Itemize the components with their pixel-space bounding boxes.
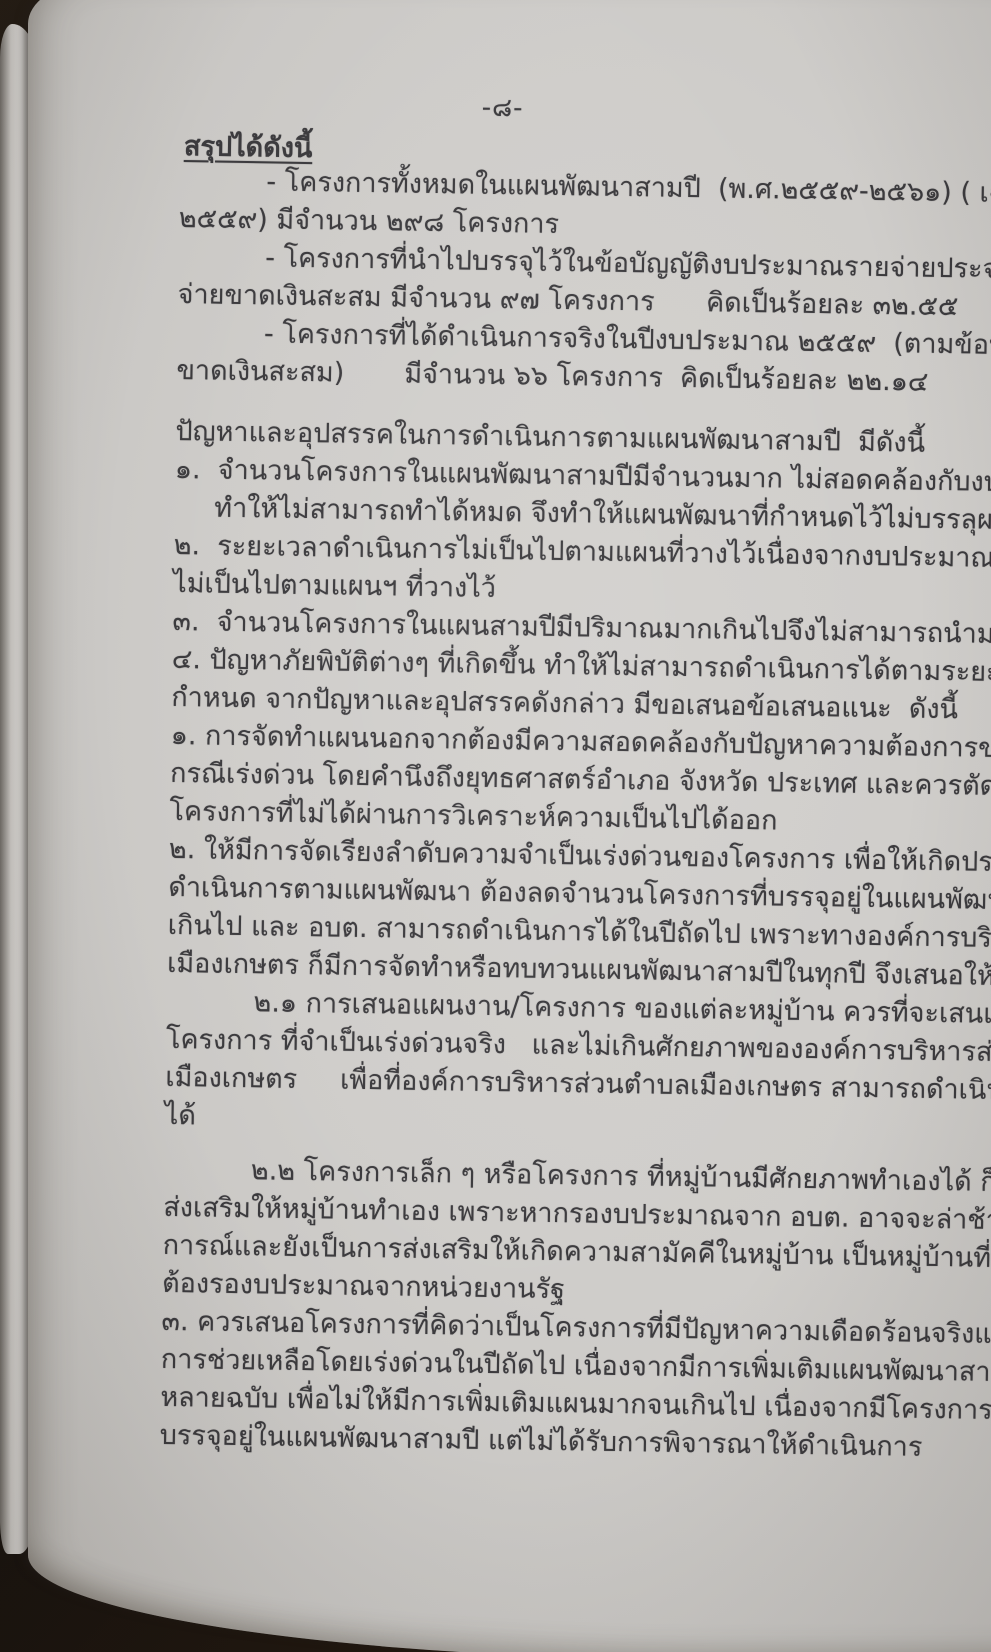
- document-page: -๘- สรุปได้ดังนี้ - โครงการทั้งหมดในแผนพ…: [28, 0, 991, 1652]
- document-photo: -๘- สรุปได้ดังนี้ - โครงการทั้งหมดในแผนพ…: [0, 0, 991, 1652]
- page-content: -๘- สรุปได้ดังนี้ - โครงการทั้งหมดในแผนพ…: [181, 82, 943, 94]
- document-text: - โครงการทั้งหมดในแผนพัฒนาสามปี (พ.ศ.๒๕๕…: [159, 162, 941, 1467]
- page-number: -๘-: [462, 86, 543, 128]
